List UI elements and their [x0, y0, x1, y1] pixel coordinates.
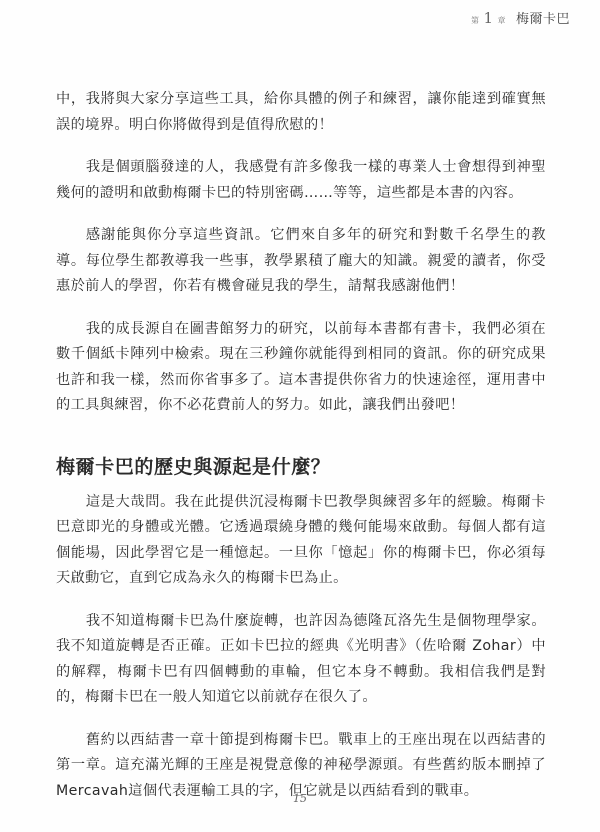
book-page: 第 1 章 梅爾卡巴 中，我將與大家分享這些工具，給你具體的例子和練習，讓你能達…: [0, 0, 600, 832]
chapter-number: 1: [483, 9, 493, 27]
paragraph-2: 我是個頭腦發達的人，我感覺有許多像我一樣的專業人士會想得到神聖幾何的證明和啟動梅…: [56, 155, 546, 206]
chapter-suffix: 章: [497, 15, 506, 26]
chapter-title: 梅爾卡巴: [516, 8, 570, 27]
paragraph-1: 中，我將與大家分享這些工具，給你具體的例子和練習，讓你能達到確實無誤的境界。明白…: [56, 87, 546, 138]
section-heading: 梅爾卡巴的歷史與源起是什麼？: [56, 453, 546, 481]
section-paragraph-1: 這是大哉問。我在此提供沉浸梅爾卡巴教學與練習多年的經驗。梅爾卡巴意即光的身體或光…: [56, 490, 546, 592]
scan-speck: [430, 402, 432, 404]
paragraph-4: 我的成長源自在圖書館努力的研究，以前每本書都有書卡，我們必須在數千個紙卡陣列中檢…: [56, 317, 546, 419]
running-header: 第 1 章 梅爾卡巴: [471, 8, 570, 27]
page-number: 15: [0, 792, 600, 805]
section-paragraph-2: 我不知道梅爾卡巴為什麼旋轉，也許因為德隆瓦洛先生是個物理學家。我不知道旋轉是否正…: [56, 609, 546, 711]
chapter-prefix: 第: [471, 15, 480, 26]
body-text: 中，我將與大家分享這些工具，給你具體的例子和練習，讓你能達到確實無誤的境界。明白…: [56, 87, 546, 804]
paragraph-3: 感謝能與你分享這些資訊。它們來自多年的研究和對數千名學生的教導。每位學生都教導我…: [56, 223, 546, 300]
